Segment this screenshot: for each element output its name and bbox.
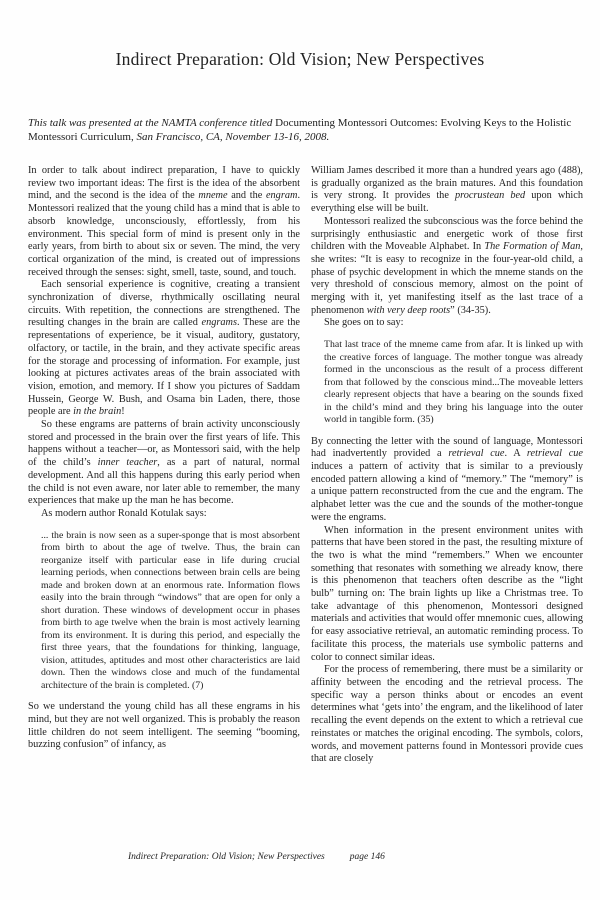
footer-running-title: Indirect Preparation: Old Vision; New Pe… xyxy=(128,852,325,862)
presentation-note: This talk was presented at the NAMTA con… xyxy=(28,117,572,144)
body-columns: In order to talk about indirect preparat… xyxy=(28,165,583,766)
paragraph: Each sensorial experience is cognitive, … xyxy=(28,279,300,419)
document-page: Indirect Preparation: Old Vision; New Pe… xyxy=(0,0,600,900)
paragraph: She goes on to say: xyxy=(311,317,583,330)
page-title: Indirect Preparation: Old Vision; New Pe… xyxy=(0,0,600,70)
column-left: In order to talk about indirect preparat… xyxy=(28,165,300,766)
paragraph: William James described it more than a h… xyxy=(311,165,583,216)
paragraph: Montessori realized the subconscious was… xyxy=(311,216,583,318)
paragraph: So these engrams are patterns of brain a… xyxy=(28,419,300,508)
paragraph: As modern author Ronald Kotulak says: xyxy=(28,508,300,521)
paragraph: When information in the present environm… xyxy=(311,525,583,665)
paragraph: By connecting the letter with the sound … xyxy=(311,436,583,525)
paragraph: In order to talk about indirect preparat… xyxy=(28,165,300,279)
block-quote: That last trace of the mneme came from a… xyxy=(324,339,583,427)
page-footer: Indirect Preparation: Old Vision; New Pe… xyxy=(128,852,385,862)
block-quote: ... the brain is now seen as a super-spo… xyxy=(41,530,300,693)
column-right: William James described it more than a h… xyxy=(311,165,583,766)
footer-page-number: page 146 xyxy=(350,852,385,862)
paragraph: So we understand the young child has all… xyxy=(28,701,300,752)
paragraph: For the process of remembering, there mu… xyxy=(311,664,583,766)
